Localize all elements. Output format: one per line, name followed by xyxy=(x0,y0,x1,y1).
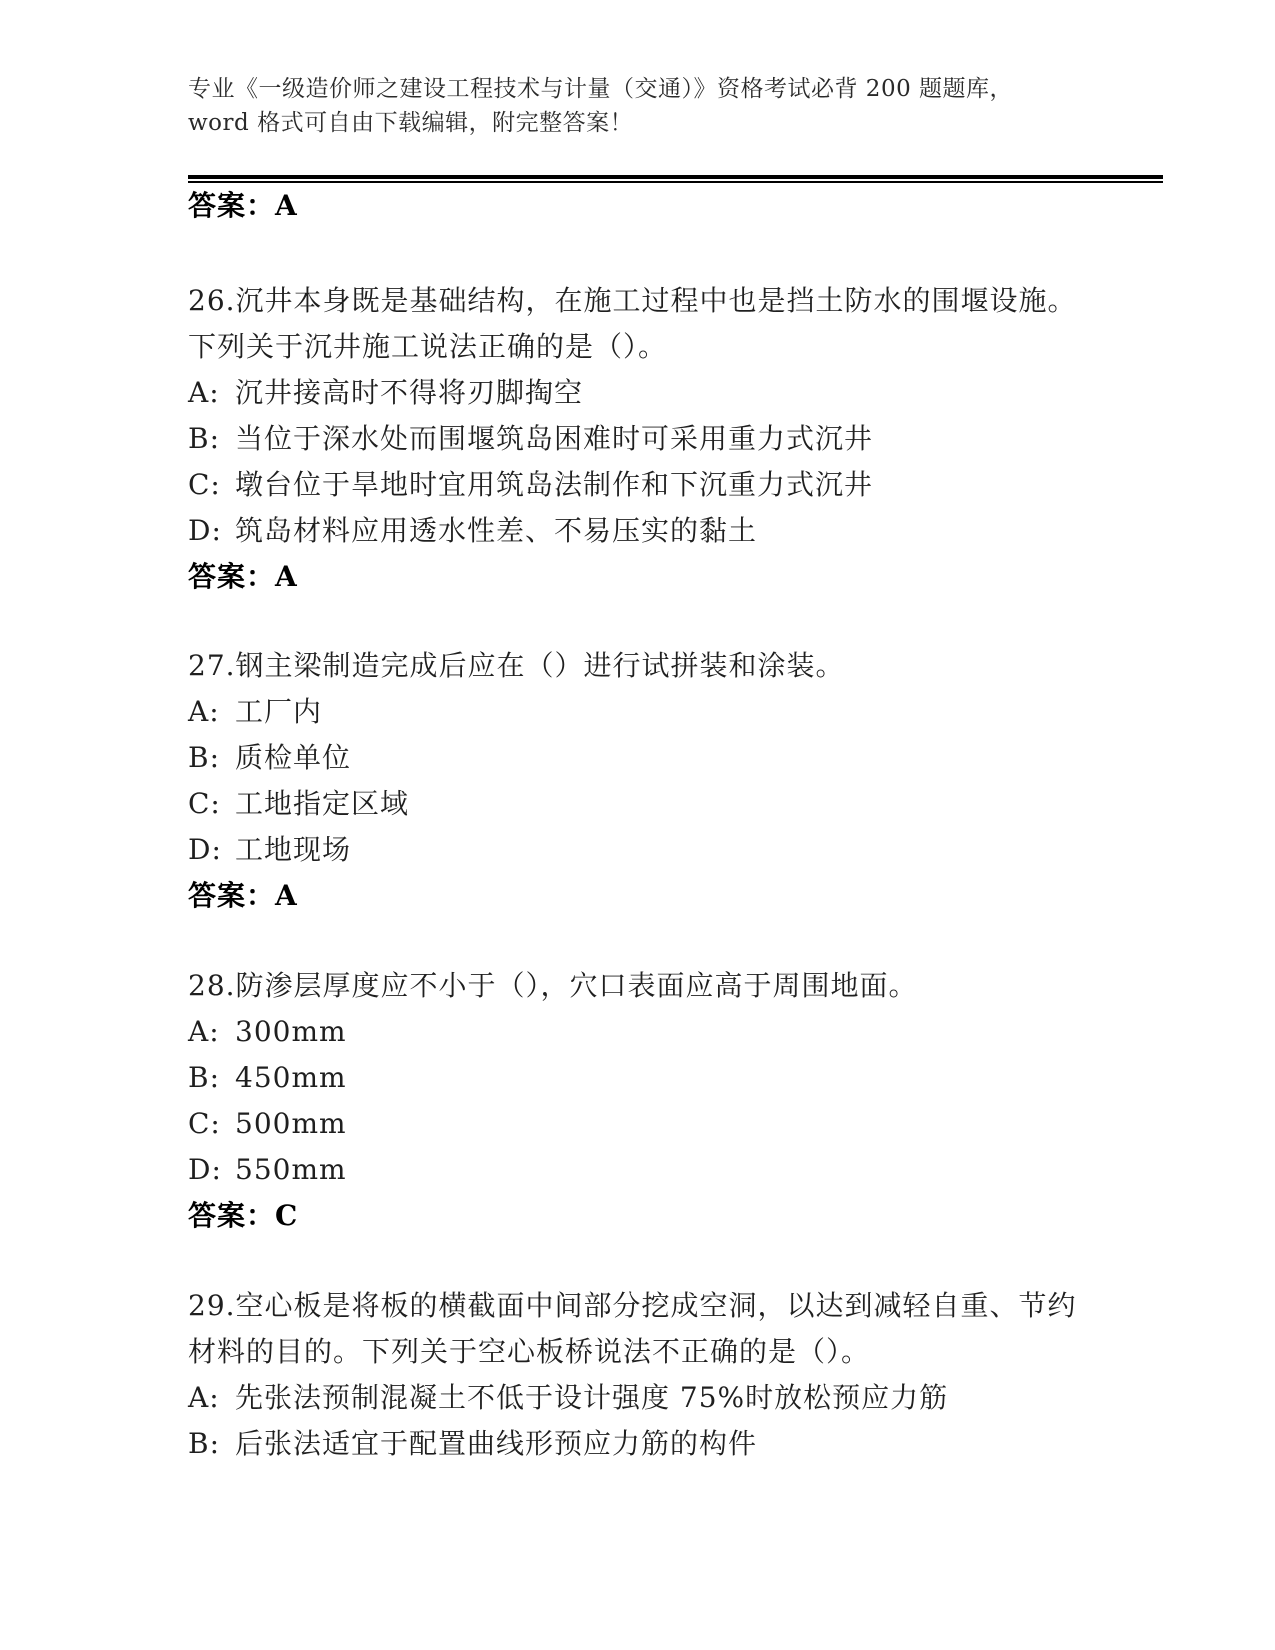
option-label: B: xyxy=(188,1421,235,1467)
option-label: D: xyxy=(188,827,235,873)
option-label: D: xyxy=(188,508,235,554)
option-text: 先张法预制混凝土不低于设计强度 75%时放松预应力筋 xyxy=(235,1381,948,1414)
content-column: 专业《一级造价师之建设工程技术与计量（交通）》资格考试必背 200 题题库， w… xyxy=(188,0,1088,1467)
option-line: C:工地指定区域 xyxy=(188,781,1088,827)
question-block-29: 29.空心板是将板的横截面中间部分挖成空洞，以达到减轻自重、节约 材料的目的。下… xyxy=(188,1283,1088,1467)
option-text: 300mm xyxy=(235,1015,347,1048)
option-label: C: xyxy=(188,1101,235,1147)
option-line: B:当位于深水处而围堰筑岛困难时可采用重力式沉井 xyxy=(188,416,1088,462)
option-label: D: xyxy=(188,1147,235,1193)
answer-line: 答案：A xyxy=(188,873,1088,919)
option-label: A: xyxy=(188,1375,235,1421)
option-line: B:450mm xyxy=(188,1055,1088,1101)
option-line: A:工厂内 xyxy=(188,689,1088,735)
option-label: B: xyxy=(188,416,235,462)
page-header: 专业《一级造价师之建设工程技术与计量（交通）》资格考试必背 200 题题库， w… xyxy=(188,72,1088,140)
question-block-26: 26.沉井本身既是基础结构，在施工过程中也是挡土防水的围堰设施。 下列关于沉井施… xyxy=(188,278,1088,600)
option-line: D:工地现场 xyxy=(188,827,1088,873)
option-line: A:沉井接高时不得将刃脚掏空 xyxy=(188,370,1088,416)
option-line: B:质检单位 xyxy=(188,735,1088,781)
option-text: 筑岛材料应用透水性差、不易压实的黏土 xyxy=(235,514,757,547)
question-block-28: 28.防渗层厚度应不小于（），穴口表面应高于周围地面。 A:300mm B:45… xyxy=(188,963,1088,1239)
header-line-1: 专业《一级造价师之建设工程技术与计量（交通）》资格考试必背 200 题题库， xyxy=(188,72,1088,106)
question-text-line: 28.防渗层厚度应不小于（），穴口表面应高于周围地面。 xyxy=(188,963,1088,1009)
option-text: 工地指定区域 xyxy=(235,787,409,820)
option-text: 450mm xyxy=(235,1061,347,1094)
option-text: 500mm xyxy=(235,1107,347,1140)
option-text: 后张法适宜于配置曲线形预应力筋的构件 xyxy=(235,1427,757,1460)
question-text-line: 29.空心板是将板的横截面中间部分挖成空洞，以达到减轻自重、节约 xyxy=(188,1283,1088,1329)
question-text-line: 下列关于沉井施工说法正确的是（）。 xyxy=(188,324,1088,370)
question-block-27: 27.钢主梁制造完成后应在（）进行试拼装和涂装。 A:工厂内 B:质检单位 C:… xyxy=(188,643,1088,919)
option-label: C: xyxy=(188,462,235,508)
option-label: A: xyxy=(188,689,235,735)
question-text-line: 26.沉井本身既是基础结构，在施工过程中也是挡土防水的围堰设施。 xyxy=(188,278,1088,324)
question-text-line: 27.钢主梁制造完成后应在（）进行试拼装和涂装。 xyxy=(188,643,1088,689)
option-label: B: xyxy=(188,1055,235,1101)
option-label: C: xyxy=(188,781,235,827)
document-page: 专业《一级造价师之建设工程技术与计量（交通）》资格考试必背 200 题题库， w… xyxy=(0,0,1275,1650)
option-line: A:300mm xyxy=(188,1009,1088,1055)
option-label: B: xyxy=(188,735,235,781)
option-text: 工厂内 xyxy=(235,695,322,728)
question-text-line: 材料的目的。下列关于空心板桥说法不正确的是（）。 xyxy=(188,1329,1088,1375)
header-divider-line xyxy=(188,175,1163,183)
option-text: 沉井接高时不得将刃脚掏空 xyxy=(235,376,583,409)
option-text: 墩台位于旱地时宜用筑岛法制作和下沉重力式沉井 xyxy=(235,468,873,501)
option-line: A:先张法预制混凝土不低于设计强度 75%时放松预应力筋 xyxy=(188,1375,1088,1421)
option-line: D:550mm xyxy=(188,1147,1088,1193)
answer-line: 答案：A xyxy=(188,554,1088,600)
option-label: A: xyxy=(188,370,235,416)
answer-line: 答案：C xyxy=(188,1193,1088,1239)
option-line: C:500mm xyxy=(188,1101,1088,1147)
option-line: B:后张法适宜于配置曲线形预应力筋的构件 xyxy=(188,1421,1088,1467)
document-body: 答案：A 26.沉井本身既是基础结构，在施工过程中也是挡土防水的围堰设施。 下列… xyxy=(188,183,1088,1467)
option-label: A: xyxy=(188,1009,235,1055)
option-line: C:墩台位于旱地时宜用筑岛法制作和下沉重力式沉井 xyxy=(188,462,1088,508)
option-text: 当位于深水处而围堰筑岛困难时可采用重力式沉井 xyxy=(235,422,873,455)
header-line-2: word 格式可自由下载编辑，附完整答案！ xyxy=(188,106,1088,140)
option-text: 工地现场 xyxy=(235,833,351,866)
option-text: 质检单位 xyxy=(235,741,351,774)
answer-line: 答案：A xyxy=(188,183,1088,229)
option-text: 550mm xyxy=(235,1153,347,1186)
option-line: D:筑岛材料应用透水性差、不易压实的黏土 xyxy=(188,508,1088,554)
